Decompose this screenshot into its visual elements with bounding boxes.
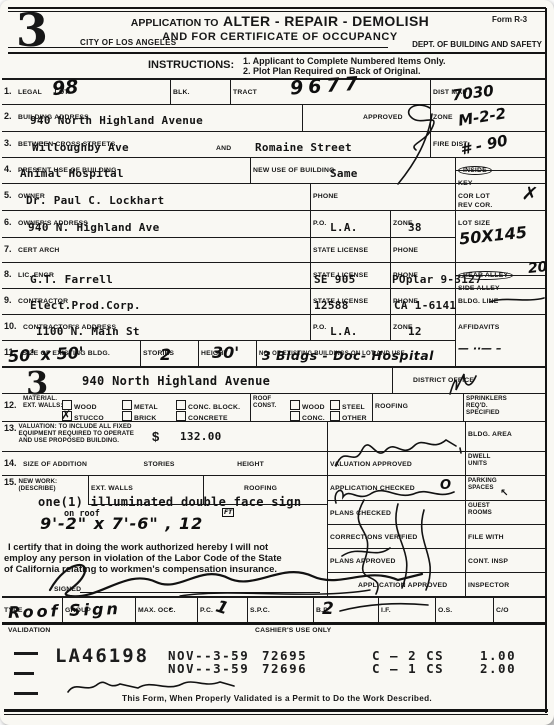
dwell-units-label-2: UNITS [468,460,543,467]
field-8-number: 8. [4,269,12,279]
owner-zone-value: 38 [408,221,422,234]
applicant-signature [30,552,430,598]
cashiers-use-label: CASHIER'S USE ONLY [255,627,331,634]
instruction-1: 1. Applicant to Complete Numbered Items … [243,56,446,66]
existing-buildings-value: 3 Bldgs - Doc- Hospital [262,348,434,363]
cell-os: O.S. [435,596,493,622]
brick-checkbox-icon [122,411,132,421]
cross-street-b-value: Romaine Street [255,141,352,154]
field-1-number: 1. [4,86,12,96]
roof-conc-checkbox-icon [290,411,300,421]
field-15-number: 15. [4,477,17,487]
dwell-units-label-1: DWELL [468,453,543,460]
size-existing-value: 50' x 50' [8,343,85,366]
cell-roofing: ROOFING [372,393,463,421]
stories2-label: STORIES [144,461,175,468]
sprinklers-label-2: REQ'D. [466,402,543,409]
tract-label: TRACT [233,89,257,96]
stamp-num-2: 72696 [262,661,307,676]
new-work-label-1: NEW WORK: [19,478,58,485]
new-work-label-2: (DESCRIBE) [19,485,58,492]
cross-street-a-value: Willoughby Ave [32,141,129,154]
description-line: one(1) illuminated double face sign [38,495,301,509]
legal-label: LEGAL [18,89,42,96]
roof-const-label-1: ROOF [253,395,276,402]
valuation-value: 132.00 [180,430,222,443]
rear-alley-value-handwritten: 20 [527,259,548,277]
spc-header: S.P.C. [250,607,270,614]
field-6-number: 6. [4,217,12,227]
footer-permit-text: This Form, When Properly Validated is a … [62,694,492,703]
cell-blk: BLK. [170,78,230,104]
roofing-label: ROOFING [375,403,408,410]
parking-spaces-label-1: PARKING [468,477,543,484]
engr-phone-value: POplar 9-3127 [392,273,482,286]
height2-label: HEIGHT [237,461,264,468]
present-use-value: Animal Hospital [20,167,124,180]
title-prefix: APPLICATION TO [131,17,219,29]
engr-license-value: SE 905 [314,273,356,286]
building-address-value: 940 North Highland Avenue [30,114,203,127]
rev-cor-label: REV COR. [458,202,492,209]
phone-label: PHONE [313,193,338,200]
pc-header: P.C. [200,607,213,614]
field-13-number: 13. [4,423,17,433]
affidavits-label: AFFIDAVITS [458,324,500,331]
concrete-checkbox-icon [176,411,186,421]
section3-address-value: 940 North Highland Avenue [82,374,270,388]
contractor-license-value: 12588 [314,299,349,312]
cell-affidavits: AFFIDAVITS — ··— – [455,314,545,366]
cell-valuation: 13. VALUATION: TO INCLUDE ALL FIXED EQUI… [2,421,327,451]
validation-dash-3 [14,692,38,695]
stories-value: 2 [160,345,171,364]
roofing2-label: ROOFING [244,485,277,492]
cell-dwell-units: DWELL UNITS [465,451,545,475]
valuation-label-1: VALUATION: TO INCLUDE ALL FIXED [19,423,134,430]
cell-co: C/O [493,596,545,622]
header-rule-1 [8,47,388,48]
bottom-rule-1 [4,709,548,712]
contractor-po-value: L.A. [330,325,358,338]
sprinklers-label-1: SPRINKLERS [466,395,543,402]
cell-inside: INSIDE [455,157,545,170]
parking-arrow-mark: ↖ [500,488,508,499]
field-4-number: 4. [4,164,12,174]
owner-po-value: L.A. [330,221,358,234]
valuation-label-3: AND USE PROPOSED BUILDING. [19,437,134,444]
bottom-rule-2 [4,714,548,715]
valuation-approved-signature [330,426,465,472]
rev-cor-x-mark: ✗ [521,182,540,206]
description-dimensions: 9'-2" x 7'-6" , 12 [40,514,203,533]
field-7-number: 7. [4,244,12,254]
field-9-number: 9. [4,295,12,305]
cell-arch-license: STATE LICENSE [310,237,390,262]
scanned-permit-form: 3 APPLICATION TO ALTER - REPAIR - DEMOLI… [0,0,554,725]
stamp-code-2: C — 1 CS [372,661,444,676]
co-header: C/O [496,607,509,614]
top-rule-1 [8,7,546,9]
instructions-label: INSTRUCTIONS: [148,59,234,71]
new-use-value: Same [330,167,358,180]
top-rule-2 [8,11,546,12]
owner-address-value: 940 N. Highland Ave [28,221,160,234]
affidavits-marks: — ··— – [458,342,543,355]
cell-max-occ: MAX. OCC. [135,596,197,622]
bldg-area-label: BLDG. AREA [468,431,512,438]
cell-guest-rooms: GUEST ROOMS [465,500,545,524]
permit-number: LA46198 [55,645,149,667]
sprinklers-label-3: SPECIFIED [466,409,543,416]
form-ref: Form R-3 [492,15,527,24]
size-addition-label: SIZE OF ADDITION [23,461,87,468]
file-with-label: FILE WITH [468,534,504,541]
new-use-label: NEW USE OF BUILDING [253,167,335,174]
field-3-number: 3. [4,138,12,148]
cell-arch-phone: PHONE [390,237,455,262]
cont-insp-label: CONT. INSP [468,558,508,565]
form-big-number: 3 [16,10,48,50]
title-main: ALTER - REPAIR - DEMOLISH [223,13,429,29]
arch-phone-label: PHONE [393,247,418,254]
max-occ-mark: · [168,602,173,616]
stamp-amt-2: 2.00 [480,661,516,676]
stucco-check-mark: ✗ [61,408,71,422]
field-2-number: 2. [4,111,12,121]
cell-sprinklers: SPRINKLERS REQ'D. SPECIFIED [463,393,545,421]
cell-owner-phone: PHONE [310,183,455,210]
cell-legal-lot: 1. LEGAL LOT [2,78,170,104]
material-label-1: MATERIAL. [23,395,63,402]
os-header: O.S. [438,607,452,614]
cell-cert-arch: 7. CERT ARCH [2,237,310,262]
cert-arch-label: CERT ARCH [18,247,60,254]
cor-lot-label: COR LOT [458,193,490,200]
field-14-number: 14. [4,458,17,468]
guest-rooms-label-1: GUEST [468,502,543,509]
inspector-label: INSPECTOR [468,582,509,589]
other-checkbox-icon [330,411,340,421]
cell-inspector: INSPECTOR [465,572,545,596]
dept-label: DEPT. OF BUILDING AND SAFETY [390,40,542,49]
stucco-checkbox-icon-checked: ✗ [62,411,72,421]
field-5-number: 5. [4,190,12,200]
thick-rule-validation [2,622,547,625]
guest-rooms-label-2: ROOMS [468,509,543,516]
validation-label: VALIDATION [8,627,51,634]
field-12-number: 12. [4,400,17,410]
cell-bldg-area: BLDG. AREA [465,421,545,451]
cell-key: KEY [455,170,545,183]
contractor-po-label: P.O. [313,324,327,331]
contractor-phone-value: CA 1-6141 [394,299,456,312]
po-label: P.O. [313,220,327,227]
header-rule-2 [8,52,546,54]
ext-walls-label: EXT. WALLS [91,485,133,492]
contractor-zone-value: 12 [408,325,422,338]
field-10-number: 10. [4,321,17,331]
cell-cont-insp: CONT. INSP [465,548,545,572]
lot-value-handwritten: 98 [51,76,79,100]
cell-spc: S.P.C. [247,596,313,622]
description-dimensions-sup: FT [222,508,234,517]
lic-engr-value: G.T. Farrell [30,273,113,286]
cell-owner-zone: ZONE [390,210,455,237]
validation-dash-2 [14,672,34,675]
material-label-2: EXT. WALLS: [23,402,63,409]
city-label: CITY OF LOS ANGELES [80,38,176,47]
cell-file-with: FILE WITH [465,524,545,548]
bldg-line-dash-mark [488,294,548,306]
stamp-date-2: NOV--3-59 [168,661,249,676]
valuation-label-2: EQUIPMENT REQUIRED TO OPERATE [19,430,134,437]
dollar-sign: $ [152,429,159,444]
contractor-value: Elect.Prod.Corp. [30,299,141,312]
cell-size-addition: 14. SIZE OF ADDITION STORIES HEIGHT [2,451,327,475]
type-value-handwritten: Roof Sign [8,599,121,622]
cell-contractor-zone: ZONE [390,314,455,340]
contractor-address-value: 1100 N. Main St [36,325,140,338]
roof-const-label-2: CONST. [253,402,276,409]
owner-value: Dr. Paul C. Lockhart [26,194,164,207]
blk-label: BLK. [173,89,190,96]
arch-state-license-label: STATE LICENSE [313,247,368,254]
bp-value-handwritten: 2 [322,599,334,619]
and-label: AND [216,145,231,152]
bp-dash-mark [336,600,432,614]
validation-dash-1 [14,652,38,655]
right-edge-rule [545,8,547,713]
height-value: 30' [212,343,239,362]
